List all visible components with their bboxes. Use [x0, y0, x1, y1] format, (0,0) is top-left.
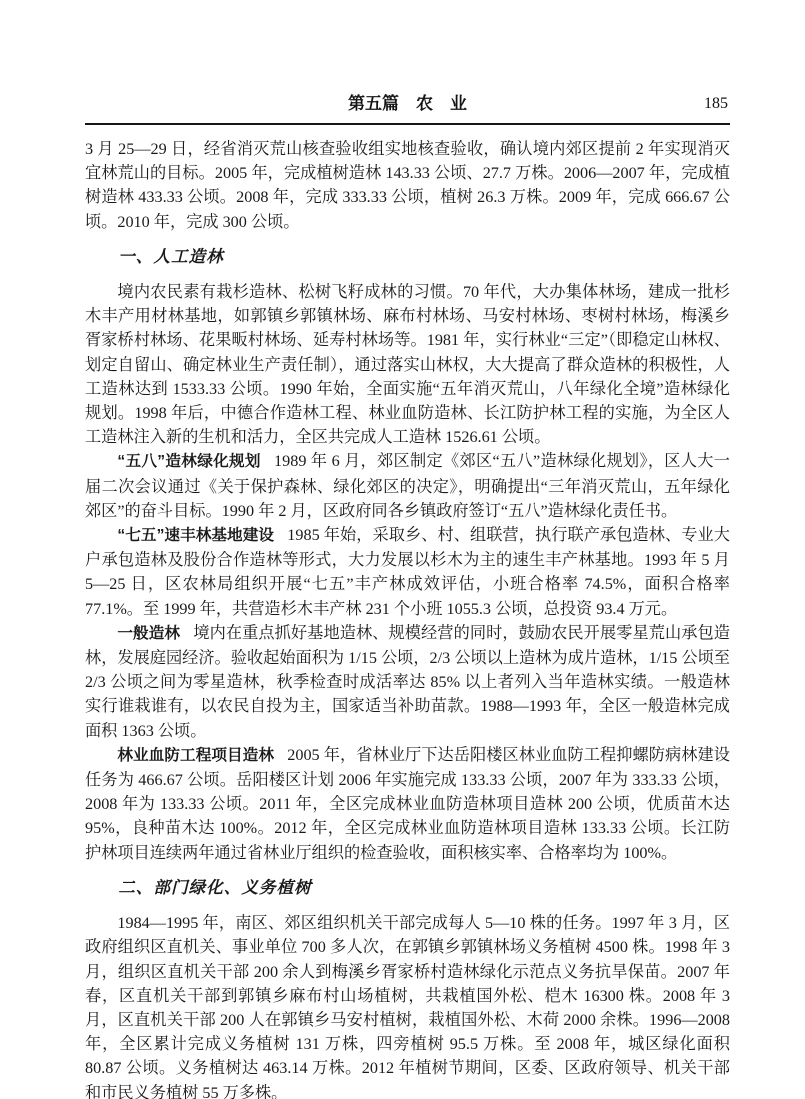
document-body: 3 月 25—29 日，经省消灭荒山核查验收组实地核查验收，确认境内郊区提前 2…	[85, 137, 730, 1099]
page-number: 185	[704, 95, 728, 113]
section-heading-department-greening: 二、部门绿化、义务植树	[85, 876, 730, 900]
paragraph-text: 1984—1995 年，南区、郊区组织机关干部完成每人 5—10 株的任务。19…	[85, 914, 730, 1099]
paragraph: “五八”造林绿化规划1989 年 6 月，郊区制定《郊区“五八”造林绿化规划》，…	[85, 449, 730, 523]
run-in-heading-schistosomiasis-forestry-project: 林业血防工程项目造林	[117, 747, 274, 764]
section-heading-manual-afforestation: 一、人工造林	[85, 245, 730, 269]
header-rule	[85, 123, 730, 125]
paragraph-text: 境内农民素有栽杉造林、松树飞籽成林的习惯。70 年代，大办集体林场，建成一批杉木…	[85, 283, 730, 446]
chapter-title: 第五篇 农 业	[85, 94, 730, 114]
paragraph: “七五”速丰林基地建设1985 年始，采取乡、村、组联营，执行联产承包造林、专业…	[85, 523, 730, 621]
run-in-heading-75-fast-growing-base: “七五”速丰林基地建设	[117, 527, 274, 544]
book-page: 第五篇 农 业 185 3 月 25—29 日，经省消灭荒山核查验收组实地核查验…	[0, 0, 805, 1099]
paragraph: 一般造林境内在重点抓好基地造林、规模经营的同时，鼓励农民开展零星荒山承包造林，发…	[85, 621, 730, 743]
page-header: 第五篇 农 业 185	[85, 94, 730, 125]
intro-paragraph: 3 月 25—29 日，经省消灭荒山核查验收组实地核查验收，确认境内郊区提前 2…	[85, 137, 730, 234]
paragraph: 林业血防工程项目造林2005 年，省林业厅下达岳阳楼区林业血防工程抑螺防病林建设…	[85, 743, 730, 865]
paragraph: 境内农民素有栽杉造林、松树飞籽成林的习惯。70 年代，大办集体林场，建成一批杉木…	[85, 280, 730, 449]
run-in-heading-general-afforestation: 一般造林	[117, 625, 180, 642]
run-in-heading-58-greening-plan: “五八”造林绿化规划	[117, 453, 260, 470]
paragraph: 1984—1995 年，南区、郊区组织机关干部完成每人 5—10 株的任务。19…	[85, 911, 730, 1099]
paragraph-text: 境内在重点抓好基地造林、规模经营的同时，鼓励农民开展零星荒山承包造林，发展庭园经…	[85, 624, 730, 740]
